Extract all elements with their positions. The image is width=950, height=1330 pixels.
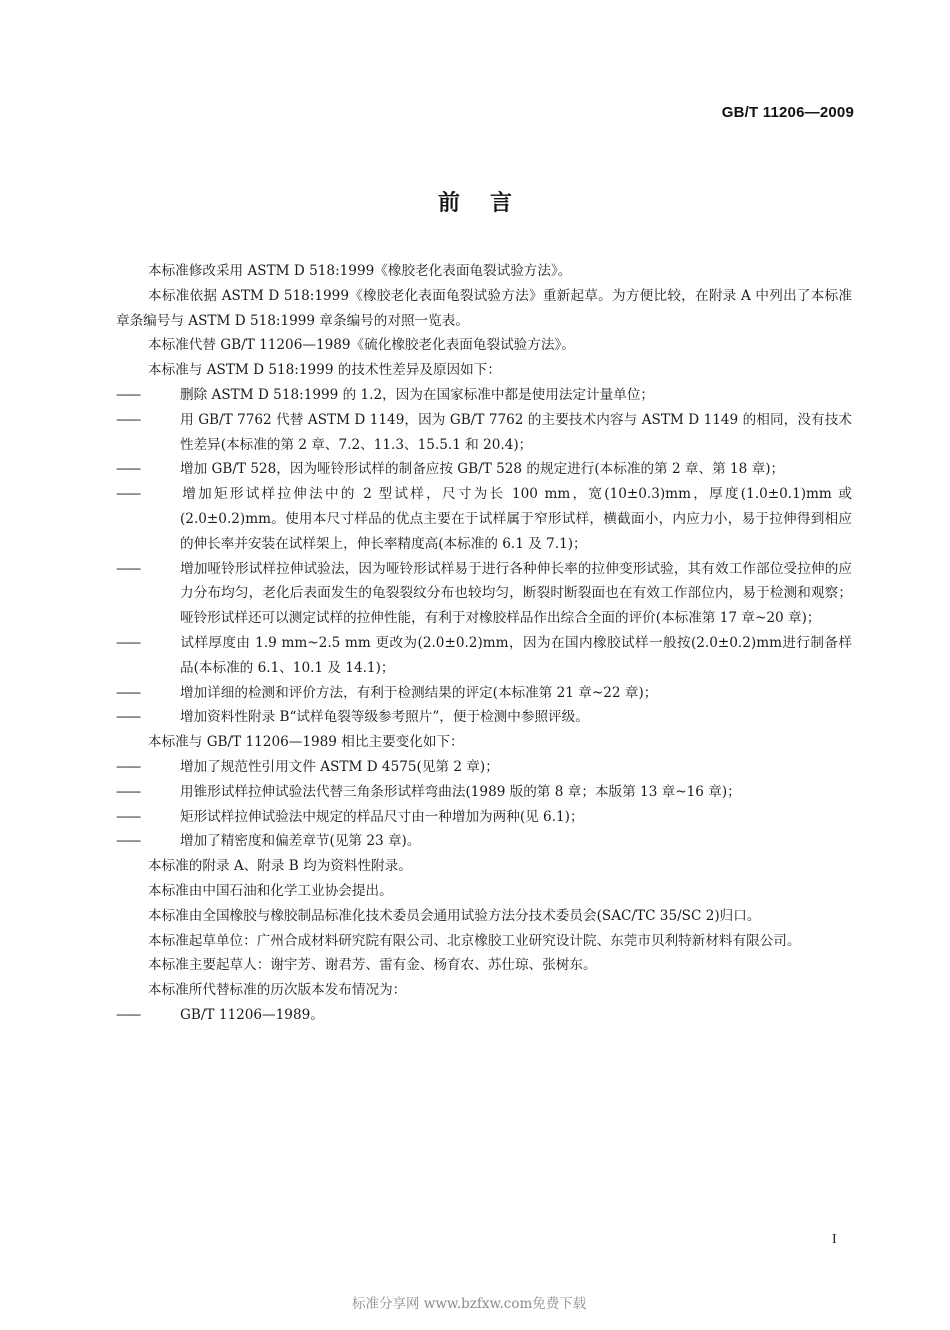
- paragraph: 本标准修改采用 ASTM D 518:1999《橡胶老化表面龟裂试验方法》。: [116, 259, 852, 284]
- dash-marker: ——: [148, 383, 180, 408]
- dash-marker: ——: [148, 482, 180, 507]
- dash-item-text: 增加哑铃形试样拉伸试验法，因为哑铃形试样易于进行各种伸长率的拉伸变形试验，其有效…: [180, 561, 852, 627]
- paragraph: 本标准依据 ASTM D 518:1999《橡胶老化表面龟裂试验方法》重新起草。…: [116, 284, 852, 334]
- page-number: I: [832, 1232, 837, 1248]
- foreword-body: 本标准修改采用 ASTM D 518:1999《橡胶老化表面龟裂试验方法》。 本…: [116, 259, 852, 1028]
- dash-item-text: 增加 GB/T 528，因为哑铃形试样的制备应按 GB/T 528 的规定进行(…: [180, 461, 784, 477]
- watermark: 标准分享网 www.bzfxw.com免费下载: [352, 1292, 586, 1312]
- paragraph: 本标准所代替标准的历次版本发布情况为：: [116, 978, 852, 1003]
- dash-marker: ——: [148, 829, 180, 854]
- dash-marker: ——: [148, 1003, 180, 1028]
- dash-item: ——矩形试样拉伸试验法中规定的样品尺寸由一种增加为两种(见 6.1)；: [116, 805, 852, 830]
- dash-marker: ——: [148, 408, 180, 433]
- standard-number: GB/T 11206—2009: [722, 104, 854, 121]
- dash-item: ——用锥形试样拉伸试验法代替三角条形试样弯曲法(1989 版的第 8 章；本版第…: [116, 780, 852, 805]
- dash-marker: ——: [148, 457, 180, 482]
- paragraph: 本标准由中国石油和化学工业协会提出。: [116, 879, 852, 904]
- dash-marker: ——: [148, 705, 180, 730]
- dash-marker: ——: [148, 780, 180, 805]
- dash-item: ——用 GB/T 7762 代替 ASTM D 1149，因为 GB/T 776…: [116, 408, 852, 458]
- dash-item-text: 试样厚度由 1.9 mm~2.5 mm 更改为(2.0±0.2)mm，因为在国内…: [180, 635, 852, 676]
- dash-item: ——增加了精密度和偏差章节(见第 23 章)。: [116, 829, 852, 854]
- dash-item: ——增加 GB/T 528，因为哑铃形试样的制备应按 GB/T 528 的规定进…: [116, 457, 852, 482]
- paragraph: 本标准主要起草人：谢宇芳、谢君芳、雷有金、杨育农、苏仕琼、张树东。: [116, 953, 852, 978]
- dash-marker: ——: [148, 805, 180, 830]
- dash-item: ——增加了规范性引用文件 ASTM D 4575(见第 2 章)；: [116, 755, 852, 780]
- dash-item-text: 矩形试样拉伸试验法中规定的样品尺寸由一种增加为两种(见 6.1)；: [180, 809, 584, 825]
- dash-item-text: 增加了精密度和偏差章节(见第 23 章)。: [180, 833, 420, 849]
- dash-marker: ——: [148, 631, 180, 656]
- paragraph: 本标准由全国橡胶与橡胶制品标准化技术委员会通用试验方法分技术委员会(SAC/TC…: [116, 904, 852, 929]
- dash-item: ——增加资料性附录 B“试样龟裂等级参考照片”，便于检测中参照评级。: [116, 705, 852, 730]
- dash-item: ——试样厚度由 1.9 mm~2.5 mm 更改为(2.0±0.2)mm，因为在…: [116, 631, 852, 681]
- dash-marker: ——: [148, 755, 180, 780]
- dash-item: ——增加哑铃形试样拉伸试验法，因为哑铃形试样易于进行各种伸长率的拉伸变形试验，其…: [116, 557, 852, 631]
- dash-item-text: GB/T 11206—1989。: [180, 1007, 324, 1023]
- dash-item-text: 用锥形试样拉伸试验法代替三角条形试样弯曲法(1989 版的第 8 章；本版第 1…: [180, 784, 741, 800]
- dash-item: ——GB/T 11206—1989。: [116, 1003, 852, 1028]
- dash-marker: ——: [148, 557, 180, 582]
- dash-item-text: 增加资料性附录 B“试样龟裂等级参考照片”，便于检测中参照评级。: [180, 709, 589, 725]
- paragraph: 本标准与 GB/T 11206—1989 相比主要变化如下：: [116, 730, 852, 755]
- paragraph: 本标准的附录 A、附录 B 均为资料性附录。: [116, 854, 852, 879]
- paragraph: 本标准起草单位：广州合成材料研究院有限公司、北京橡胶工业研究设计院、东莞市贝利特…: [116, 929, 852, 954]
- dash-item: ——增加详细的检测和评价方法，有利于检测结果的评定(本标准第 21 章~22 章…: [116, 681, 852, 706]
- page-title: 前言: [0, 186, 950, 217]
- paragraph: 本标准与 ASTM D 518:1999 的技术性差异及原因如下：: [116, 358, 852, 383]
- dash-item-text: 增加详细的检测和评价方法，有利于检测结果的评定(本标准第 21 章~22 章)；: [180, 685, 657, 701]
- dash-item: ——增加矩形试样拉伸法中的 2 型试样，尺寸为长 100 mm，宽(10±0.3…: [116, 482, 852, 556]
- dash-item-text: 增加矩形试样拉伸法中的 2 型试样，尺寸为长 100 mm，宽(10±0.3)m…: [180, 486, 852, 552]
- dash-marker: ——: [148, 681, 180, 706]
- dash-item-text: 用 GB/T 7762 代替 ASTM D 1149，因为 GB/T 7762 …: [180, 412, 852, 453]
- dash-item-text: 删除 ASTM D 518:1999 的 1.2，因为在国家标准中都是使用法定计…: [180, 387, 654, 403]
- dash-item: ——删除 ASTM D 518:1999 的 1.2，因为在国家标准中都是使用法…: [116, 383, 852, 408]
- paragraph: 本标准代替 GB/T 11206—1989《硫化橡胶老化表面龟裂试验方法》。: [116, 333, 852, 358]
- dash-item-text: 增加了规范性引用文件 ASTM D 4575(见第 2 章)；: [180, 759, 499, 775]
